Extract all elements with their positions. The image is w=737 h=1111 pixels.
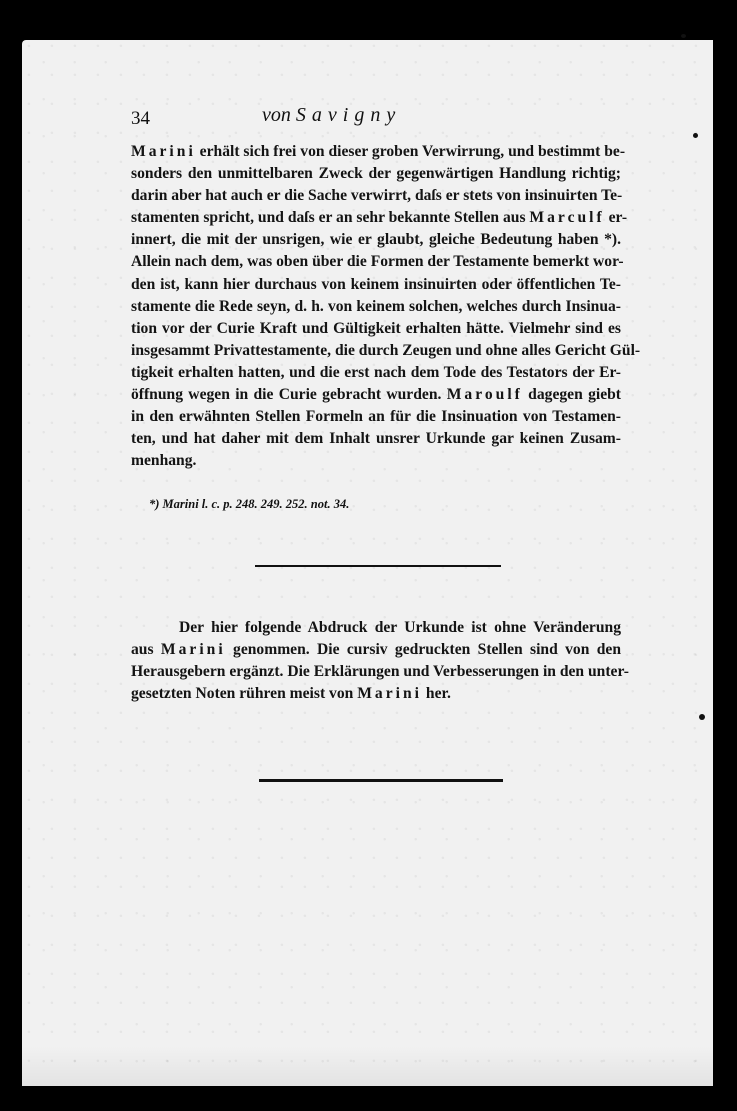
text-run: tion vor der Curie Kraft und Gültigkeit … [131, 320, 621, 337]
text-run: darin aber hat auch er die Sache verwirr… [131, 187, 622, 204]
emphasized-name: Marculf [529, 209, 604, 226]
paragraph-2: Der hier folgende Abdruck der Urkunde is… [131, 617, 621, 705]
paragraph-1: Marini erhält sich frei von dieser grobe… [131, 141, 621, 472]
text-run: Allein nach dem, was oben über die Forme… [131, 253, 624, 270]
text-run: in den erwähnten Stellen Formeln an für … [131, 408, 621, 425]
text-run: dagegen giebt [523, 386, 621, 403]
section-divider-rule [255, 565, 501, 567]
scan-speck [693, 133, 698, 138]
text-line: Marini erhält sich frei von dieser grobe… [131, 141, 621, 163]
text-line: ten, und hat daher mit dem Inhalt unsrer… [131, 428, 621, 450]
text-line: öffnung wegen in die Curie gebracht wurd… [131, 384, 621, 406]
text-line: Herausgebern ergänzt. Die Erklärungen un… [131, 661, 621, 683]
text-run: innert, die mit der unsrigen, wie er gla… [131, 231, 621, 248]
text-line: gesetzten Noten rühren meist von Marini … [131, 683, 621, 705]
text-run: menhang. [131, 452, 196, 469]
text-line: in den erwähnten Stellen Formeln an für … [131, 406, 621, 428]
emphasized-name: Marini [357, 685, 422, 702]
text-run: stamente die Rede seyn, d. h. von keinem… [131, 298, 621, 315]
text-run: er- [605, 209, 627, 226]
text-run: stamenten spricht, und daſs er an sehr b… [131, 209, 529, 226]
text-line: darin aber hat auch er die Sache verwirr… [131, 185, 621, 207]
text-run: ten, und hat daher mit dem Inhalt unsrer… [131, 430, 621, 447]
header-prefix: von [262, 104, 291, 126]
text-run: Herausgebern ergänzt. Die Erklärungen un… [131, 663, 629, 680]
text-run: sonders den unmittelbaren Zweck der gege… [131, 165, 621, 182]
end-divider-rule [259, 779, 503, 782]
text-run: Der hier folgende Abdruck der Urkunde is… [179, 619, 621, 636]
text-line: sonders den unmittelbaren Zweck der gege… [131, 163, 621, 185]
text-line: stamente die Rede seyn, d. h. von keinem… [131, 296, 621, 318]
scan-speck [681, 34, 686, 38]
text-line: tion vor der Curie Kraft und Gültigkeit … [131, 318, 621, 340]
emphasized-name: Marini [161, 641, 226, 658]
text-run: öffnung wegen in die Curie gebracht wurd… [131, 386, 447, 403]
emphasized-name: Marini [131, 143, 196, 160]
text-run: genommen. Die cursiv gedruckten Stellen … [226, 641, 621, 658]
text-line: insgesammt Privattestamente, die durch Z… [131, 340, 621, 362]
footnote: *) Marini l. c. p. 248. 249. 252. not. 3… [149, 497, 349, 512]
header-author: Savigny [296, 104, 401, 126]
text-run: her. [422, 685, 451, 702]
text-run: den ist, kann hier durchaus von keinem i… [131, 276, 621, 293]
text-run: insgesammt Privattestamente, die durch Z… [131, 342, 640, 359]
emphasized-name: Maroulf [447, 386, 523, 403]
text-line: tigkeit erhalten hatten, und die erst na… [131, 362, 621, 384]
text-line: Allein nach dem, was oben über die Forme… [131, 251, 621, 273]
text-line: stamenten spricht, und daſs er an sehr b… [131, 207, 621, 229]
text-line: aus Marini genommen. Die cursiv gedruckt… [131, 639, 621, 661]
scan-speck [699, 714, 705, 720]
text-run: erhält sich frei von dieser groben Verwi… [196, 143, 625, 160]
text-line: innert, die mit der unsrigen, wie er gla… [131, 229, 621, 251]
text-line: den ist, kann hier durchaus von keinem i… [131, 274, 621, 296]
text-run: tigkeit erhalten hatten, und die erst na… [131, 364, 621, 381]
page-number: 34 [131, 108, 150, 130]
text-run: gesetzten Noten rühren meist von [131, 685, 357, 702]
header-title: von Savigny [262, 104, 401, 127]
text-run: aus [131, 641, 161, 658]
text-line: Der hier folgende Abdruck der Urkunde is… [131, 617, 621, 639]
text-line: menhang. [131, 450, 621, 472]
